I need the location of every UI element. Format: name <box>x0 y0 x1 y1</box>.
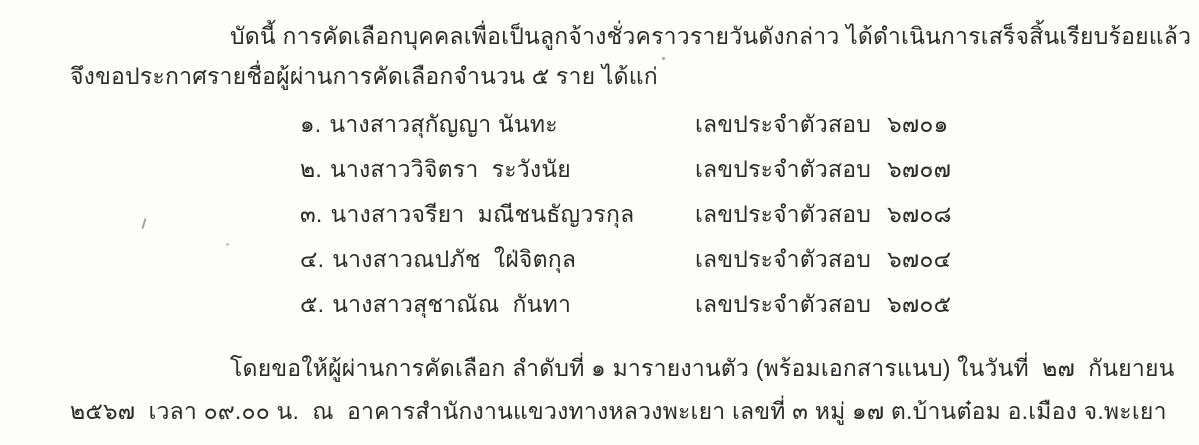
candidate-name: ๔.นางสาวณปภัช ใฝ่จิตกุล <box>300 242 576 278</box>
candidate-index: ๑. <box>300 107 321 143</box>
candidate-exam: เลขประจำตัวสอบ๖๗๐๕ <box>695 287 951 323</box>
candidate-row-4: ๔.นางสาวณปภัช ใฝ่จิตกุล เลขประจำตัวสอบ๖๗… <box>0 242 1199 282</box>
exam-number: ๖๗๐๔ <box>887 242 951 278</box>
candidate-row-5: ๕.นางสาวสุชาณัณ กันทา เลขประจำตัวสอบ๖๗๐๕ <box>0 287 1199 327</box>
candidate-row-2: ๒.นางสาววิจิตรา ระวังนัย เลขประจำตัวสอบ๖… <box>0 152 1199 192</box>
candidate-name: ๕.นางสาวสุชาณัณ กันทา <box>300 287 571 323</box>
scan-artifact <box>662 57 665 60</box>
candidate-fullname: นางสาววิจิตรา ระวังนัย <box>330 156 571 182</box>
candidate-index: ๓. <box>300 197 323 233</box>
candidate-name: ๒.นางสาววิจิตรา ระวังนัย <box>300 152 571 188</box>
document-page: บัดนี้ การคัดเลือกบุคคลเพื่อเป็นลูกจ้างช… <box>0 0 1199 445</box>
scan-artifact <box>226 243 229 246</box>
candidate-name: ๓.นางสาวจรียา มณีชนธัญวรกุล <box>300 197 634 233</box>
candidate-exam: เลขประจำตัวสอบ๖๗๐๔ <box>695 242 951 278</box>
candidate-index: ๔. <box>300 242 324 278</box>
candidate-index: ๒. <box>300 152 322 188</box>
candidate-fullname: นางสาวจรียา มณีชนธัญวรกุล <box>331 201 635 227</box>
closing-paragraph-line1: โดยขอให้ผู้ผ่านการคัดเลือก ลำดับที่ ๑ มา… <box>230 352 1175 384</box>
intro-paragraph-line2: จึงขอประกาศรายชื่อผู้ผ่านการคัดเลือกจำนว… <box>70 60 658 92</box>
candidate-row-3: ๓.นางสาวจรียา มณีชนธัญวรกุล เลขประจำตัวส… <box>0 197 1199 237</box>
exam-label: เลขประจำตัวสอบ <box>695 246 871 272</box>
exam-number: ๖๗๐๗ <box>887 152 951 188</box>
candidate-exam: เลขประจำตัวสอบ๖๗๐๗ <box>695 152 951 188</box>
closing-paragraph-line2: ๒๕๖๗ เวลา ๐๙.๐๐ น. ณ อาคารสำนักงานแขวงทา… <box>70 395 1167 427</box>
intro-paragraph-line1: บัดนี้ การคัดเลือกบุคคลเพื่อเป็นลูกจ้างช… <box>230 20 1191 52</box>
exam-label: เลขประจำตัวสอบ <box>695 111 871 137</box>
candidate-fullname: นางสาวณปภัช ใฝ่จิตกุล <box>332 246 576 272</box>
candidate-index: ๕. <box>300 287 324 323</box>
exam-label: เลขประจำตัวสอบ <box>695 201 871 227</box>
exam-number: ๖๗๐๑ <box>887 107 948 143</box>
candidate-row-1: ๑.นางสาวสุกัญญา นันทะ เลขประจำตัวสอบ๖๗๐๑ <box>0 107 1199 147</box>
exam-label: เลขประจำตัวสอบ <box>695 291 871 317</box>
candidate-exam: เลขประจำตัวสอบ๖๗๐๘ <box>695 197 952 233</box>
exam-number: ๖๗๐๘ <box>887 197 951 233</box>
exam-number: ๖๗๐๕ <box>887 287 951 323</box>
exam-label: เลขประจำตัวสอบ <box>695 156 871 182</box>
candidate-fullname: นางสาวสุชาณัณ กันทา <box>332 291 571 317</box>
candidate-name: ๑.นางสาวสุกัญญา นันทะ <box>300 107 558 143</box>
candidate-exam: เลขประจำตัวสอบ๖๗๐๑ <box>695 107 948 143</box>
candidate-fullname: นางสาวสุกัญญา นันทะ <box>329 111 557 137</box>
